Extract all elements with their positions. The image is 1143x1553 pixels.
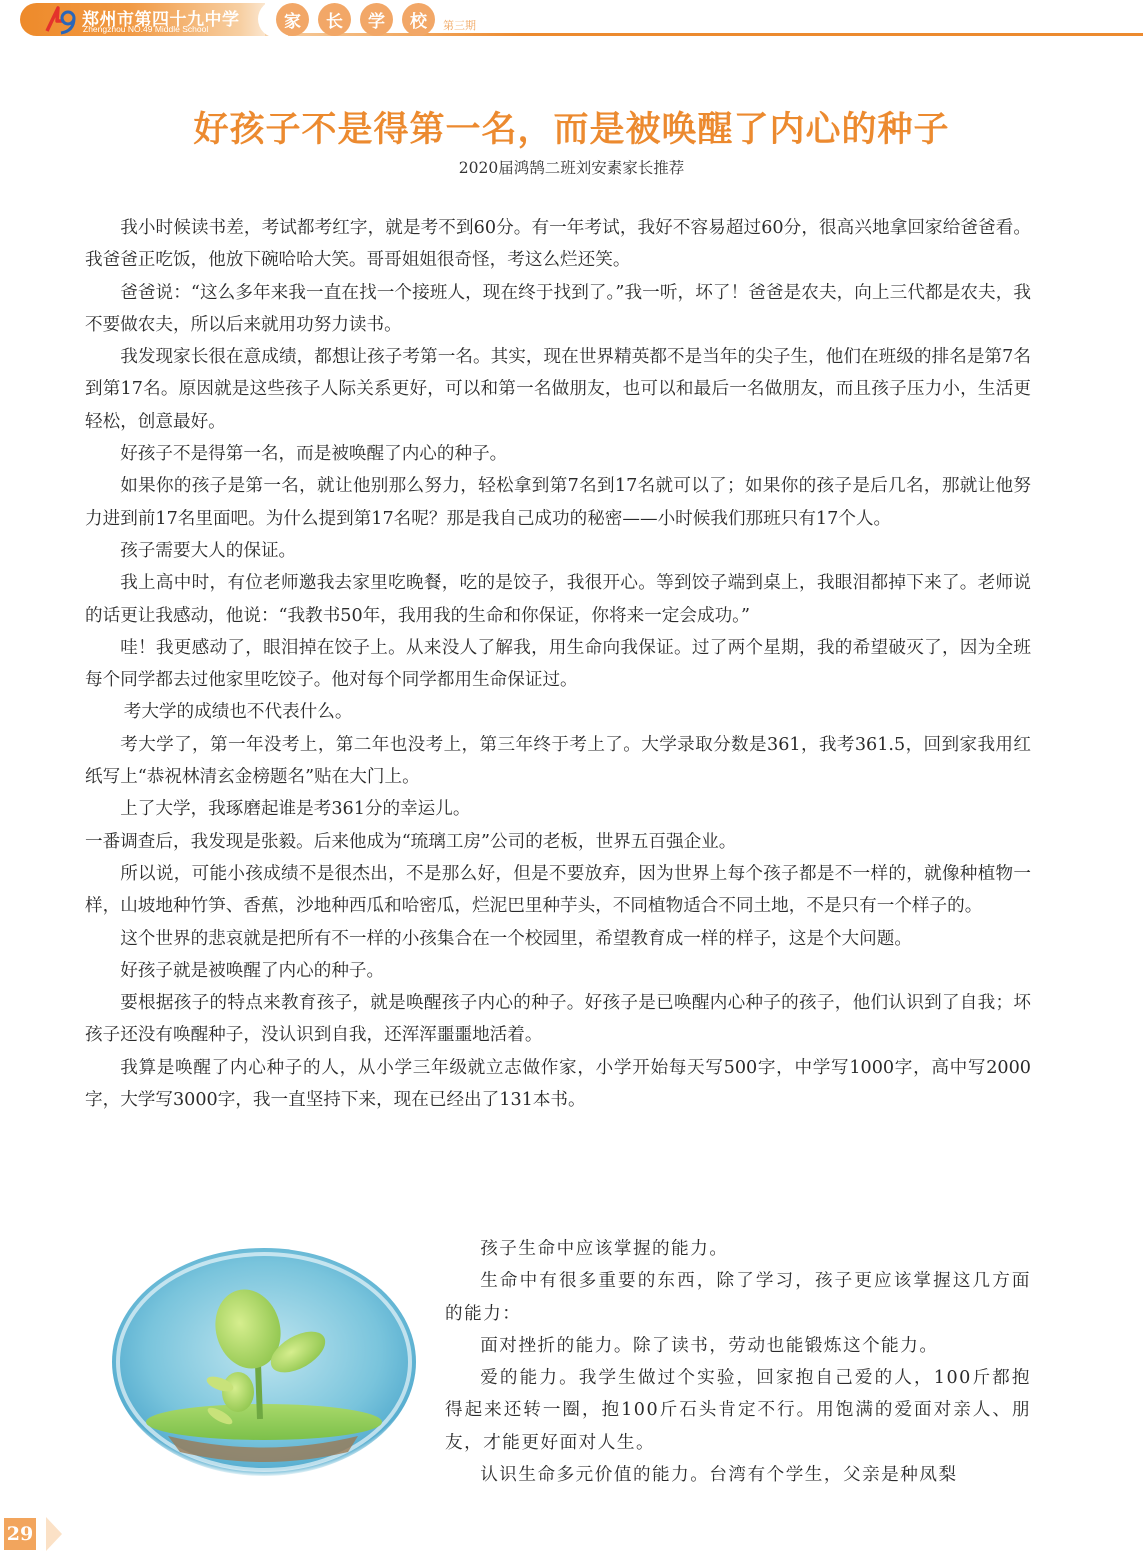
paragraph: 哇！我更感动了，眼泪掉在饺子上。从来没人了解我，用生命向我保证。过了两个星期，我… [85, 632, 1031, 697]
header-rule [255, 33, 1143, 36]
column-char-jia: 家 [276, 3, 309, 36]
school-name-en: Zhengzhou NO.49 Middle School [83, 24, 208, 34]
column-char-xiao: 校 [402, 3, 435, 36]
paragraph: 爱的能力。我学生做过个实验，回家抱自己爱的人，100斤都抱得起来还转一圈，抱10… [445, 1362, 1031, 1459]
article-byline: 2020届鸿鹄二班刘安素家长推荐 [0, 156, 1143, 178]
article-body: 我小时候读书差，考试都考红字，就是考不到60分。有一年考试，我好不容易超过60分… [85, 212, 1031, 1116]
issue-label: 第三期 [443, 17, 476, 33]
page-header: 郑州市第四十九中学 Zhengzhou NO.49 Middle School … [0, 0, 1143, 44]
page-number: 29 [4, 1518, 36, 1550]
paragraph: 这个世界的悲哀就是把所有不一样的小孩集合在一个校园里，希望教育成一样的样子，这是… [85, 923, 1031, 955]
paragraph: 一番调查后，我发现是张毅。后来他成为“琉璃工房”公司的老板，世界五百强企业。 [85, 826, 1031, 858]
paragraph: 认识生命多元价值的能力。台湾有个学生，父亲是种凤梨 [445, 1459, 1031, 1491]
paragraph: 生命中有很多重要的东西，除了学习，孩子更应该掌握这几方面的能力： [445, 1265, 1031, 1330]
paragraph: 孩子需要大人的保证。 [85, 535, 1031, 567]
paragraph: 我上高中时，有位老师邀我去家里吃晚餐，吃的是饺子，我很开心。等到饺子端到桌上，我… [85, 567, 1031, 632]
paragraph: 我小时候读书差，考试都考红字，就是考不到60分。有一年考试，我好不容易超过60分… [85, 212, 1031, 277]
seedling-illustration [108, 1244, 420, 1480]
article-title: 好孩子不是得第一名，而是被唤醒了内心的种子 [0, 102, 1143, 152]
paragraph: 我算是唤醒了内心种子的人，从小学三年级就立志做作家，小学开始每天写500字，中学… [85, 1052, 1031, 1117]
column-char-zhang: 长 [318, 3, 351, 36]
school-logo-icon [44, 5, 78, 35]
paragraph: 如果你的孩子是第一名，就让他别那么努力，轻松拿到第7名到17名就可以了；如果你的… [85, 470, 1031, 535]
column-char-xue: 学 [360, 3, 393, 36]
paragraph: 面对挫折的能力。除了读书，劳动也能锻炼这个能力。 [445, 1330, 1031, 1362]
side-column: 孩子生命中应该掌握的能力。 生命中有很多重要的东西，除了学习，孩子更应该掌握这几… [445, 1233, 1031, 1491]
page-arrow-icon [46, 1517, 62, 1551]
paragraph: 上了大学，我琢磨起谁是考361分的幸运儿。 [85, 793, 1031, 825]
paragraph: 我发现家长很在意成绩，都想让孩子考第一名。其实，现在世界精英都不是当年的尖子生，… [85, 341, 1031, 438]
paragraph: 考大学了，第一年没考上，第二年也没考上，第三年终于考上了。大学录取分数是361，… [85, 729, 1031, 794]
paragraph: 考大学的成绩也不代表什么。 [85, 696, 1031, 728]
paragraph: 要根据孩子的特点来教育孩子，就是唤醒孩子内心的种子。好孩子是已唤醒内心种子的孩子… [85, 987, 1031, 1052]
paragraph: 好孩子就是被唤醒了内心的种子。 [85, 955, 1031, 987]
paragraph: 孩子生命中应该掌握的能力。 [445, 1233, 1031, 1265]
paragraph: 好孩子不是得第一名，而是被唤醒了内心的种子。 [85, 438, 1031, 470]
paragraph: 所以说，可能小孩成绩不是很杰出，不是那么好，但是不要放弃，因为世界上每个孩子都是… [85, 858, 1031, 923]
paragraph: 爸爸说：“这么多年来我一直在找一个接班人，现在终于找到了。”我一听，坏了！爸爸是… [85, 277, 1031, 342]
